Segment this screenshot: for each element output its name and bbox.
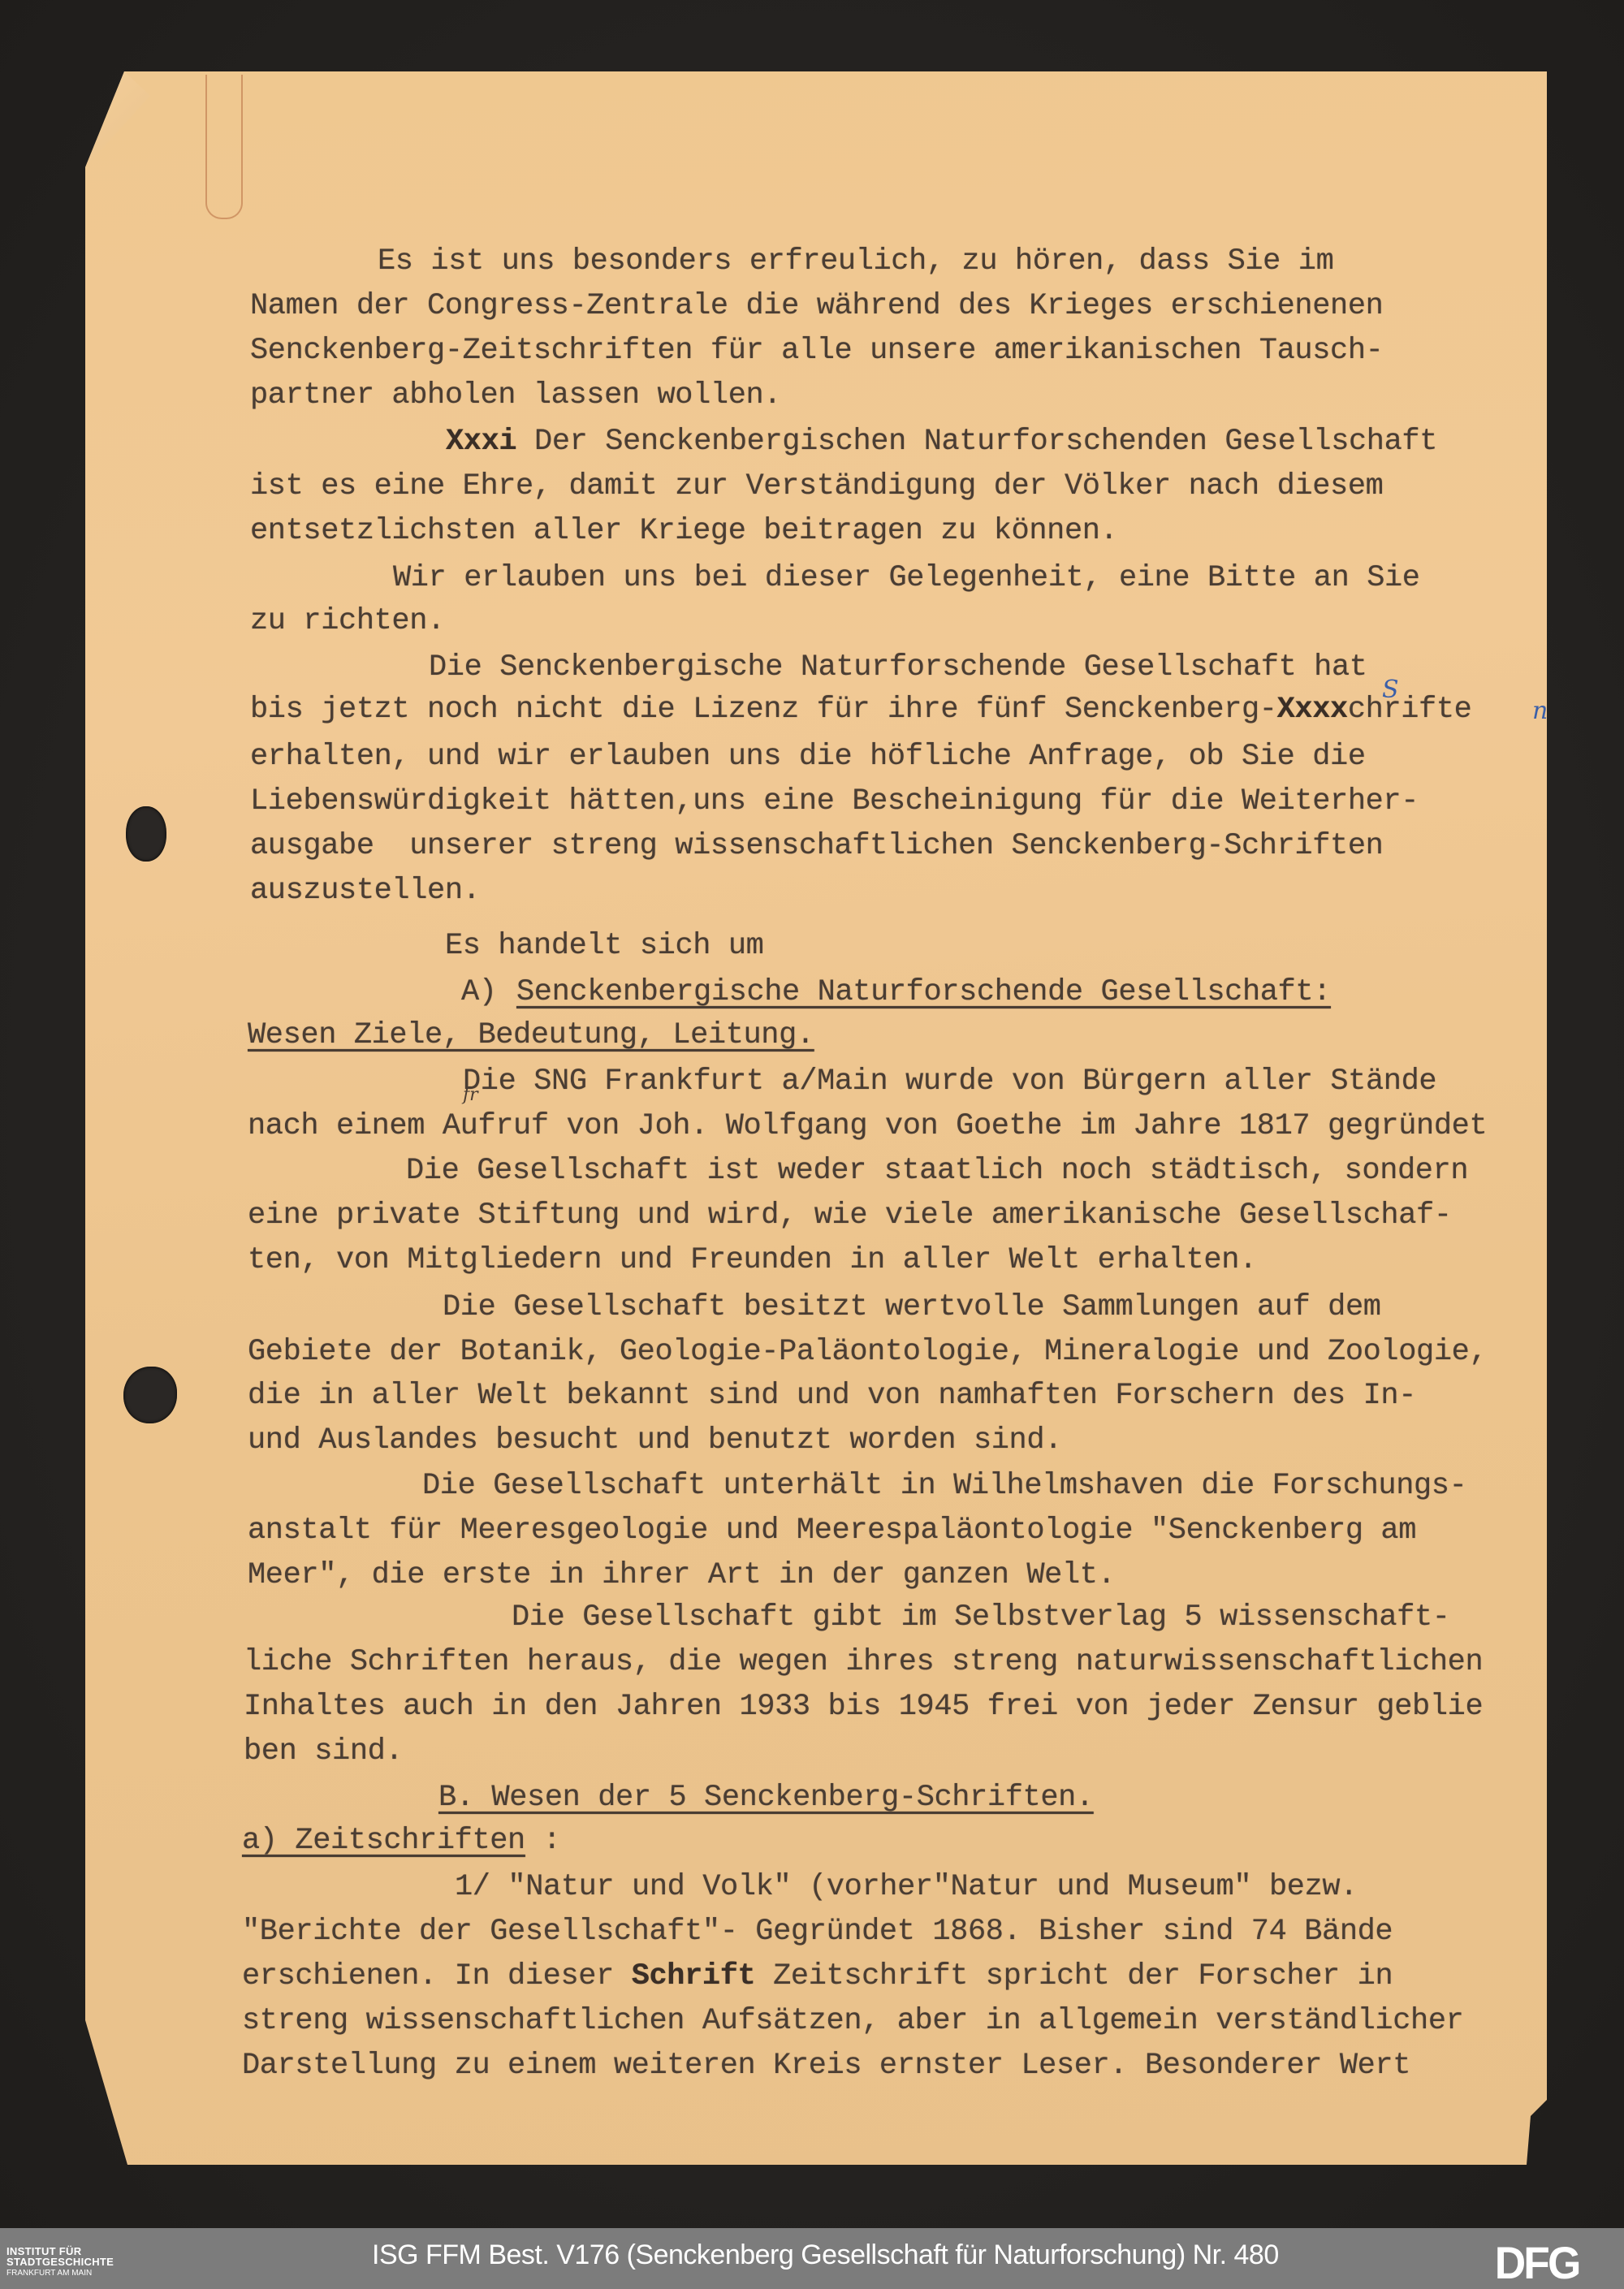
handwritten-correction: fr — [463, 1085, 478, 1105]
text-line: Die Gesellschaft gibt im Selbstverlag 5 … — [512, 1600, 1450, 1635]
line-text: erschienen. In dieser — [242, 1959, 632, 1993]
text-line: liche Schriften heraus, die wegen ihres … — [244, 1644, 1483, 1680]
line-text: 1/ "Natur und Volk" (vorher"Natur und Mu… — [455, 1870, 1358, 1904]
text-line: bis jetzt noch nicht die Lizenz für ihre… — [250, 692, 1471, 728]
text-line: anstalt für Meeresgeologie und Meerespal… — [248, 1513, 1416, 1548]
line-text-continued: chrifte — [1348, 693, 1472, 727]
line-text: Meer", die erste in ihrer Art in der gan… — [248, 1558, 1115, 1592]
line-text: "Berichte der Gesellschaft"- Gegründet 1… — [242, 1915, 1393, 1949]
line-text: streng wissenschaftlichen Aufsätzen, abe… — [242, 2004, 1463, 2038]
text-line: Senckenberg-Zeitschriften für alle unser… — [250, 333, 1383, 369]
struck-text: Schrift — [632, 1959, 756, 1993]
line-suffix: : — [525, 1824, 561, 1858]
line-text: und Auslandes besucht und benutzt worden… — [248, 1423, 1062, 1458]
line-text: die in aller Welt bekannt sind und von n… — [248, 1379, 1416, 1413]
line-text: Darstellung zu einem weiteren Kreis erns… — [242, 2049, 1410, 2083]
line-text: Die Gesellschaft gibt im Selbstverlag 5 … — [512, 1600, 1450, 1635]
line-text: nach einem Aufruf von Joh. Wolfgang von … — [248, 1109, 1487, 1143]
line-text: Gebiete der Botanik, Geologie-Paläontolo… — [248, 1335, 1487, 1369]
handwritten-correction: n — [1532, 697, 1548, 725]
punch-hole-lower — [123, 1367, 177, 1423]
text-line: Senckenbergische Naturforschende Gesells… — [516, 974, 1331, 1010]
text-line: Es handelt sich um — [445, 928, 763, 964]
text-line: entsetzlichsten aller Kriege beitragen z… — [250, 513, 1117, 549]
line-text: Wesen Ziele, Bedeutung, Leitung. — [248, 1018, 814, 1052]
line-text: partner abholen lassen wollen. — [250, 378, 781, 412]
line-text: bis jetzt noch nicht die Lizenz für ihre… — [250, 693, 1277, 727]
text-line: die in aller Welt bekannt sind und von n… — [248, 1378, 1416, 1414]
archive-reference-caption: ISG FFM Best. V176 (Senckenberg Gesellsc… — [372, 2239, 1279, 2271]
line-text: Liebenswürdigkeit hätten,uns eine Besche… — [250, 784, 1419, 818]
text-line: A) — [461, 974, 514, 1010]
text-line: Meer", die erste in ihrer Art in der gan… — [248, 1557, 1115, 1593]
text-line: Die SNG Frankfurt a/Main wurde von Bürge… — [463, 1064, 1436, 1099]
text-line: Es ist uns besonders erfreulich, zu höre… — [378, 244, 1333, 279]
line-text: B. Wesen der 5 Senckenberg-Schriften. — [438, 1781, 1094, 1815]
line-text: Senckenberg-Zeitschriften für alle unser… — [250, 334, 1383, 368]
text-line: B. Wesen der 5 Senckenberg-Schriften. — [438, 1780, 1094, 1816]
text-line: Xxxi Der Senckenbergischen Naturforschen… — [446, 424, 1437, 460]
text-line: Wesen Ziele, Bedeutung, Leitung. — [248, 1017, 814, 1053]
handwritten-correction: S — [1382, 676, 1399, 704]
text-line: ten, von Mitgliedern und Freunden in all… — [248, 1242, 1257, 1278]
line-text: ben sind. — [244, 1734, 403, 1769]
text-line: Inhaltes auch in den Jahren 1933 bis 194… — [244, 1689, 1483, 1725]
line-text: Senckenbergische Naturforschende Gesells… — [516, 975, 1331, 1009]
line-text: Die Gesellschaft ist weder staatlich noc… — [406, 1154, 1468, 1188]
text-line: Die Gesellschaft unterhält in Wilhelmsha… — [422, 1468, 1466, 1504]
punch-hole-upper — [126, 806, 166, 862]
line-text: anstalt für Meeresgeologie und Meerespal… — [248, 1514, 1416, 1548]
text-line: Die Gesellschaft besitzt wertvolle Samml… — [443, 1289, 1381, 1325]
line-text: entsetzlichsten aller Kriege beitragen z… — [250, 514, 1117, 548]
text-line: eine private Stiftung und wird, wie viel… — [248, 1198, 1452, 1233]
text-line: Die Gesellschaft ist weder staatlich noc… — [406, 1153, 1468, 1189]
struck-text: Xxxx — [1277, 693, 1348, 727]
line-text: Es handelt sich um — [445, 929, 763, 963]
line-text: ausgabe unserer streng wissenschaftliche… — [250, 829, 1383, 863]
line-text: liche Schriften heraus, die wegen ihres … — [244, 1645, 1483, 1679]
struck-text: Xxxi — [446, 425, 534, 459]
text-line: auszustellen. — [250, 873, 480, 909]
line-text: ist es eine Ehre, damit zur Verständigun… — [250, 469, 1383, 503]
line-text: Die Gesellschaft unterhält in Wilhelmsha… — [422, 1469, 1466, 1503]
line-text: Die SNG Frankfurt a/Main wurde von Bürge… — [463, 1065, 1436, 1099]
text-line: 1/ "Natur und Volk" (vorher"Natur und Mu… — [455, 1869, 1358, 1905]
line-text: auszustellen. — [250, 874, 480, 908]
text-line: erhalten, und wir erlauben uns die höfli… — [250, 739, 1366, 775]
institute-city: FRANKFURT AM MAIN — [6, 2268, 114, 2278]
line-text: eine private Stiftung und wird, wie viel… — [248, 1198, 1452, 1233]
line-text: zu richten. — [250, 604, 445, 638]
line-text: erhalten, und wir erlauben uns die höfli… — [250, 740, 1366, 774]
line-text: a) Zeitschriften — [242, 1824, 525, 1858]
line-text: Namen der Congress-Zentrale die während … — [250, 289, 1383, 323]
text-line: Gebiete der Botanik, Geologie-Paläontolo… — [248, 1334, 1487, 1370]
line-text: Die Gesellschaft besitzt wertvolle Samml… — [443, 1290, 1381, 1324]
text-line: erschienen. In dieser Schrift Zeitschrif… — [242, 1959, 1393, 1994]
text-line: Die Senckenbergische Naturforschende Ges… — [429, 650, 1367, 685]
text-line: streng wissenschaftlichen Aufsätzen, abe… — [242, 2003, 1463, 2039]
line-text: Der Senckenbergischen Naturforschenden G… — [534, 425, 1437, 459]
text-line: nach einem Aufruf von Joh. Wolfgang von … — [248, 1108, 1487, 1144]
text-line: Darstellung zu einem weiteren Kreis erns… — [242, 2048, 1410, 2084]
line-text-continued: Zeitschrift spricht der Forscher in — [755, 1959, 1393, 1993]
line-text: Wir erlauben uns bei dieser Gelegenheit,… — [393, 561, 1420, 595]
line-text: ten, von Mitgliedern und Freunden in all… — [248, 1243, 1257, 1277]
text-line: Namen der Congress-Zentrale die während … — [250, 288, 1383, 324]
dfg-logo: DFG — [1495, 2236, 1579, 2289]
text-line: "Berichte der Gesellschaft"- Gegründet 1… — [242, 1914, 1393, 1950]
line-text: Es ist uns besonders erfreulich, zu höre… — [378, 244, 1333, 279]
text-line: Wir erlauben uns bei dieser Gelegenheit,… — [393, 560, 1420, 596]
institute-name-line2: STADTGESCHICHTE — [6, 2257, 114, 2267]
text-line: und Auslandes besucht und benutzt worden… — [248, 1423, 1062, 1458]
staple-impression — [205, 75, 243, 219]
text-line: ben sind. — [244, 1734, 403, 1769]
isg-institute-logo: INSTITUT FÜR STADTGESCHICHTE FRANKFURT A… — [6, 2246, 114, 2278]
text-line: a) Zeitschriften : — [242, 1823, 560, 1859]
line-text: Die Senckenbergische Naturforschende Ges… — [429, 650, 1367, 685]
text-line: Liebenswürdigkeit hätten,uns eine Besche… — [250, 784, 1419, 819]
text-line: partner abholen lassen wollen. — [250, 378, 781, 413]
text-line: ausgabe unserer streng wissenschaftliche… — [250, 828, 1383, 864]
text-line: zu richten. — [250, 603, 445, 639]
line-text: A) — [461, 975, 514, 1009]
archive-footer-bar: INSTITUT FÜR STADTGESCHICHTE FRANKFURT A… — [0, 2228, 1624, 2289]
text-line: ist es eine Ehre, damit zur Verständigun… — [250, 469, 1383, 504]
line-text: Inhaltes auch in den Jahren 1933 bis 194… — [244, 1690, 1483, 1724]
